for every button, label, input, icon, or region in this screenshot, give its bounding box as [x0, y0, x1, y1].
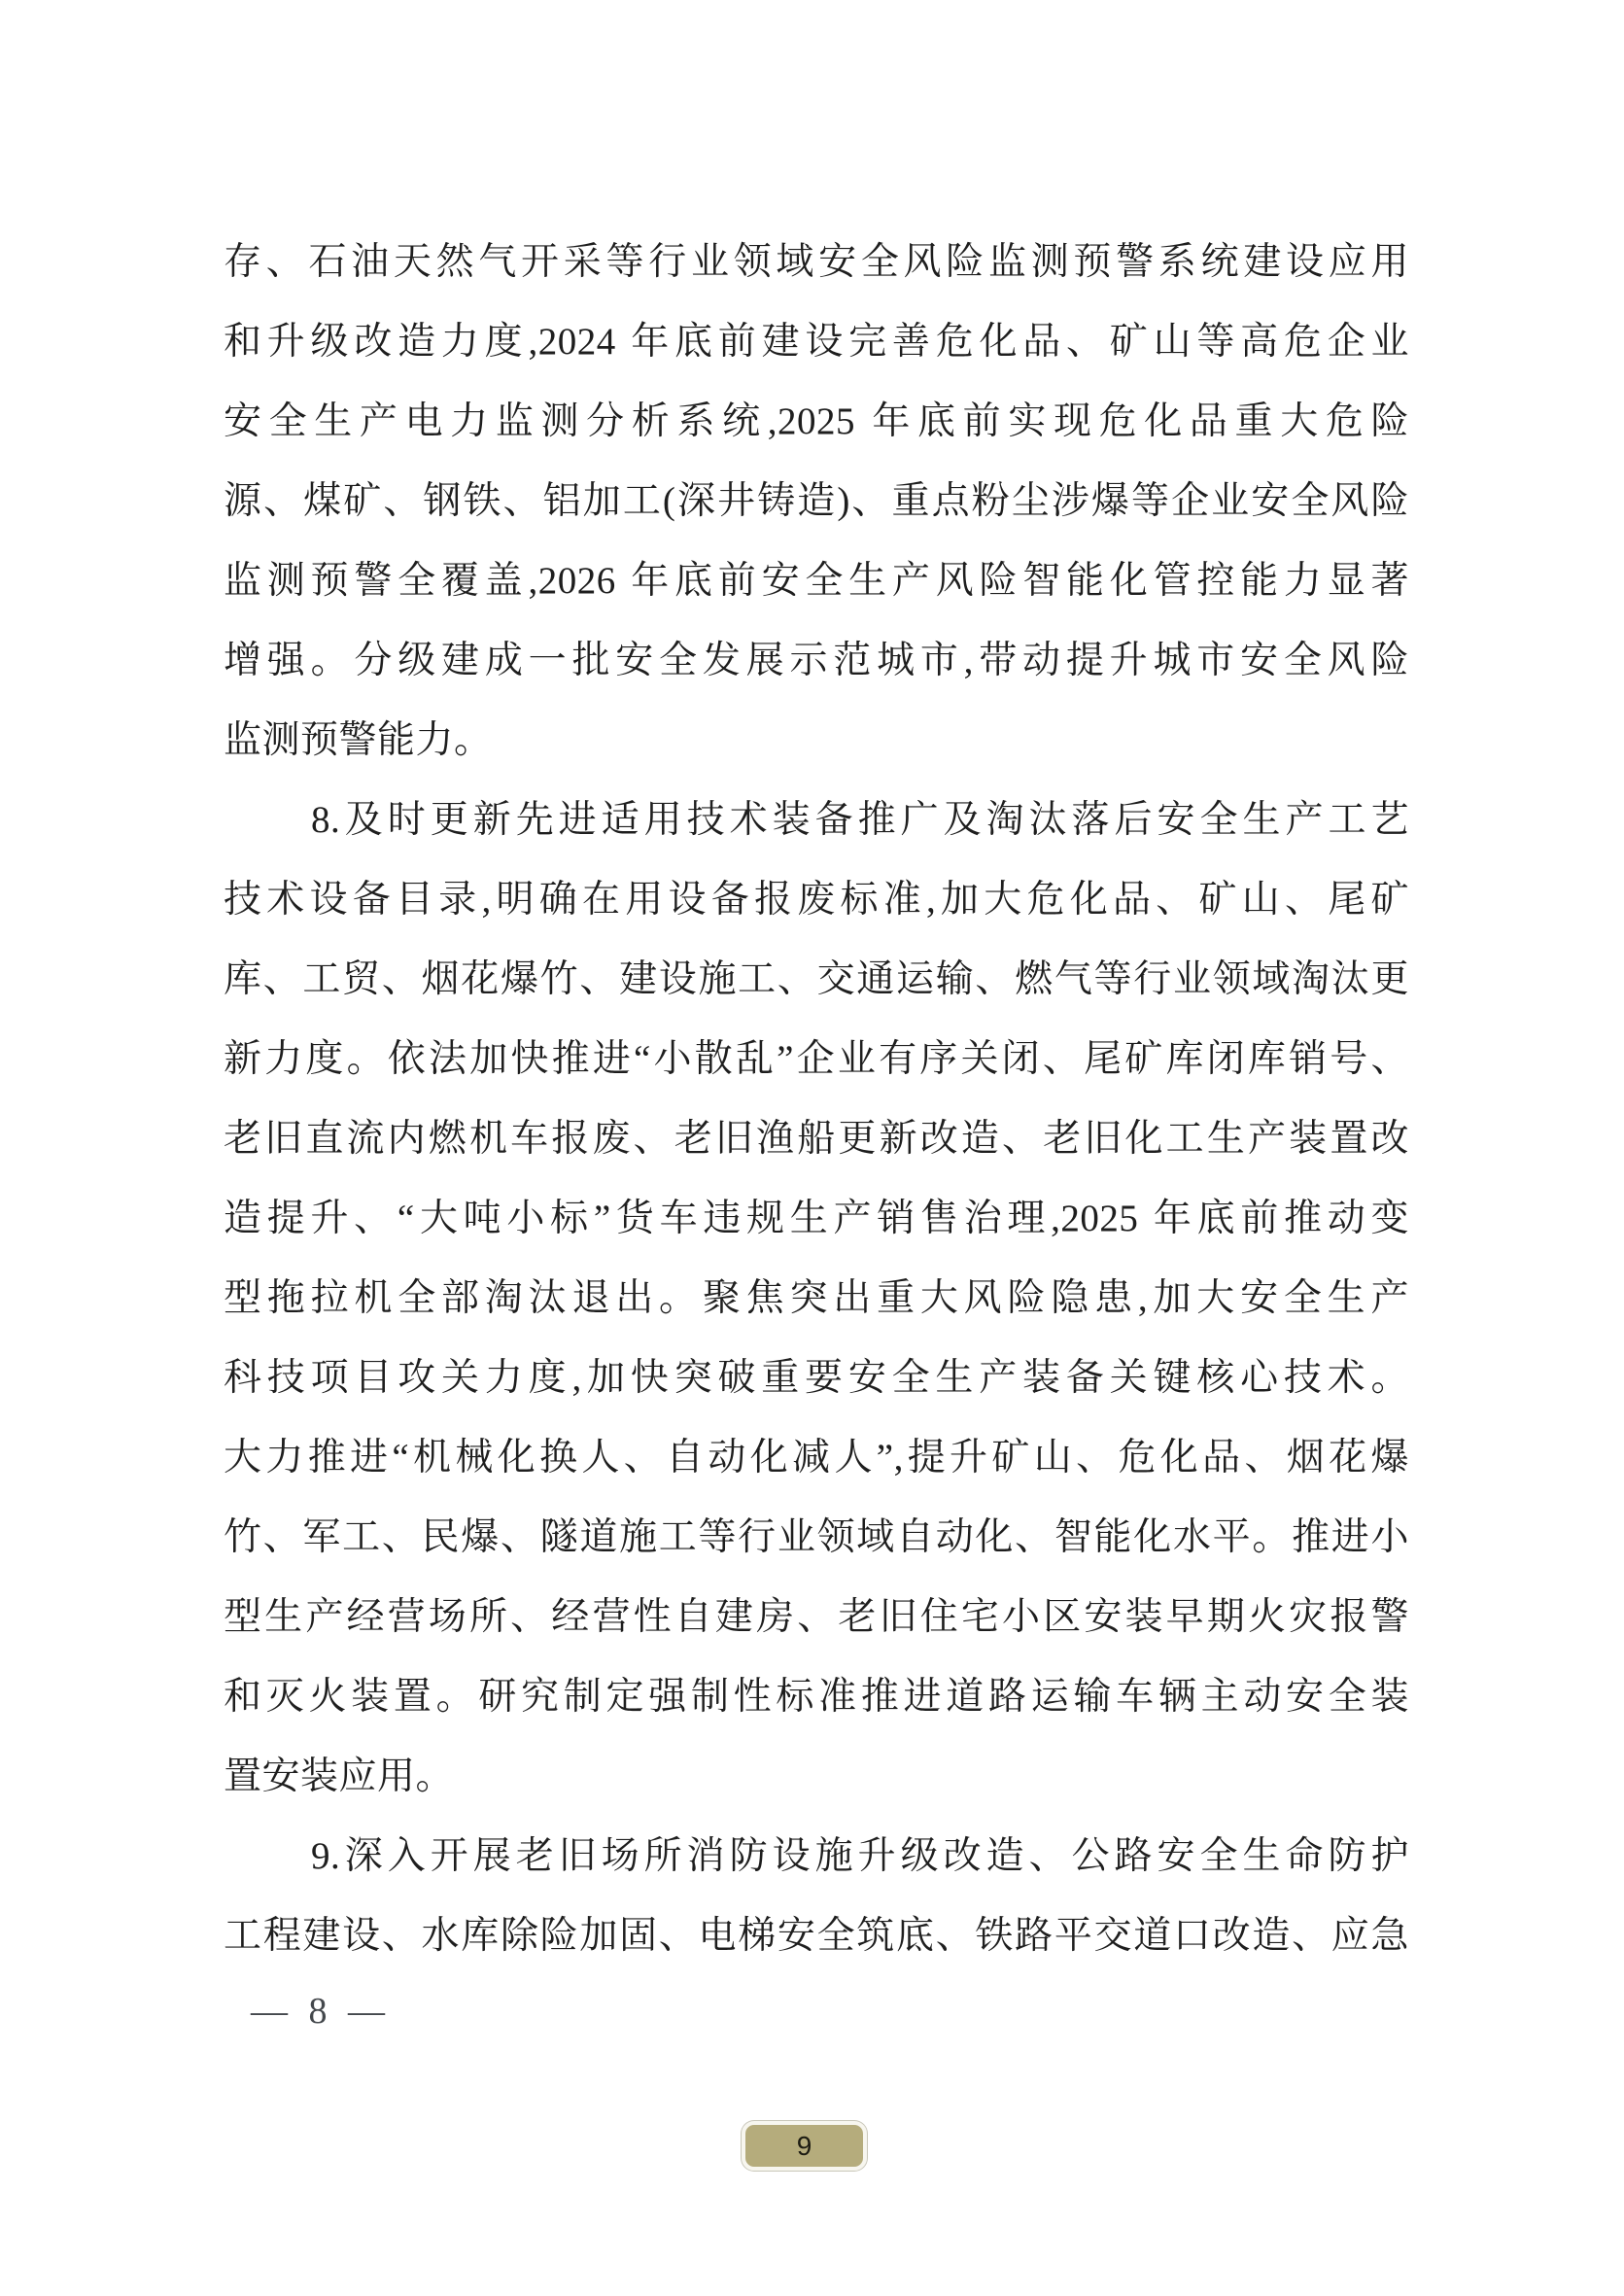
page-indicator-number: 9 [797, 2131, 812, 2162]
text-line: 监测预警能力。 [224, 701, 1409, 781]
text-line: 型生产经营场所、经营性自建房、老旧住宅小区安装早期火灾报警 [224, 1578, 1409, 1657]
text-line: 安全生产电力监测分析系统,2025 年底前实现危化品重大危险 [224, 382, 1409, 462]
text-line: 新力度。依法加快推进“小散乱”企业有序关闭、尾矿库闭库销号、 [224, 1020, 1409, 1099]
page-number: — 8 — [251, 1987, 391, 2035]
text-line: 增强。分级建成一批安全发展示范城市,带动提升城市安全风险 [224, 621, 1409, 701]
document-page: 存、石油天然气开采等行业领域安全风险监测预警系统建设应用 和升级改造力度,202… [0, 0, 1624, 2296]
text-line: 型拖拉机全部淘汰退出。聚焦突出重大风险隐患,加大安全生产 [224, 1259, 1409, 1339]
text-line: 工程建设、水库除险加固、电梯安全筑底、铁路平交道口改造、应急 [224, 1896, 1409, 1976]
text-line: 监测预警全覆盖,2026 年底前安全生产风险智能化管控能力显著 [224, 541, 1409, 621]
text-line: 技术设备目录,明确在用设备报废标准,加大危化品、矿山、尾矿 [224, 860, 1409, 940]
text-line: 8.及时更新先进适用技术装备推广及淘汰落后安全生产工艺 [224, 781, 1409, 860]
text-line: 和灭火装置。研究制定强制性标准推进道路运输车辆主动安全装 [224, 1657, 1409, 1737]
text-line: 老旧直流内燃机车报废、老旧渔船更新改造、老旧化工生产装置改 [224, 1099, 1409, 1179]
body-text: 存、石油天然气开采等行业领域安全风险监测预警系统建设应用 和升级改造力度,202… [224, 223, 1409, 1976]
text-line: 置安装应用。 [224, 1737, 1409, 1817]
text-line: 竹、军工、民爆、隧道施工等行业领域自动化、智能化水平。推进小 [224, 1498, 1409, 1578]
text-line: 源、煤矿、钢铁、铝加工(深井铸造)、重点粉尘涉爆等企业安全风险 [224, 462, 1409, 541]
text-line: 造提升、“大吨小标”货车违规生产销售治理,2025 年底前推动变 [224, 1179, 1409, 1259]
text-line: 科技项目攻关力度,加快突破重要安全生产装备关键核心技术。 [224, 1339, 1409, 1418]
text-line: 库、工贸、烟花爆竹、建设施工、交通运输、燃气等行业领域淘汰更 [224, 940, 1409, 1020]
text-line: 存、石油天然气开采等行业领域安全风险监测预警系统建设应用 [224, 223, 1409, 302]
page-indicator-badge: 9 [742, 2121, 867, 2171]
text-line: 大力推进“机械化换人、自动化减人”,提升矿山、危化品、烟花爆 [224, 1418, 1409, 1498]
text-line: 和升级改造力度,2024 年底前建设完善危化品、矿山等高危企业 [224, 302, 1409, 382]
text-line: 9.深入开展老旧场所消防设施升级改造、公路安全生命防护 [224, 1817, 1409, 1896]
